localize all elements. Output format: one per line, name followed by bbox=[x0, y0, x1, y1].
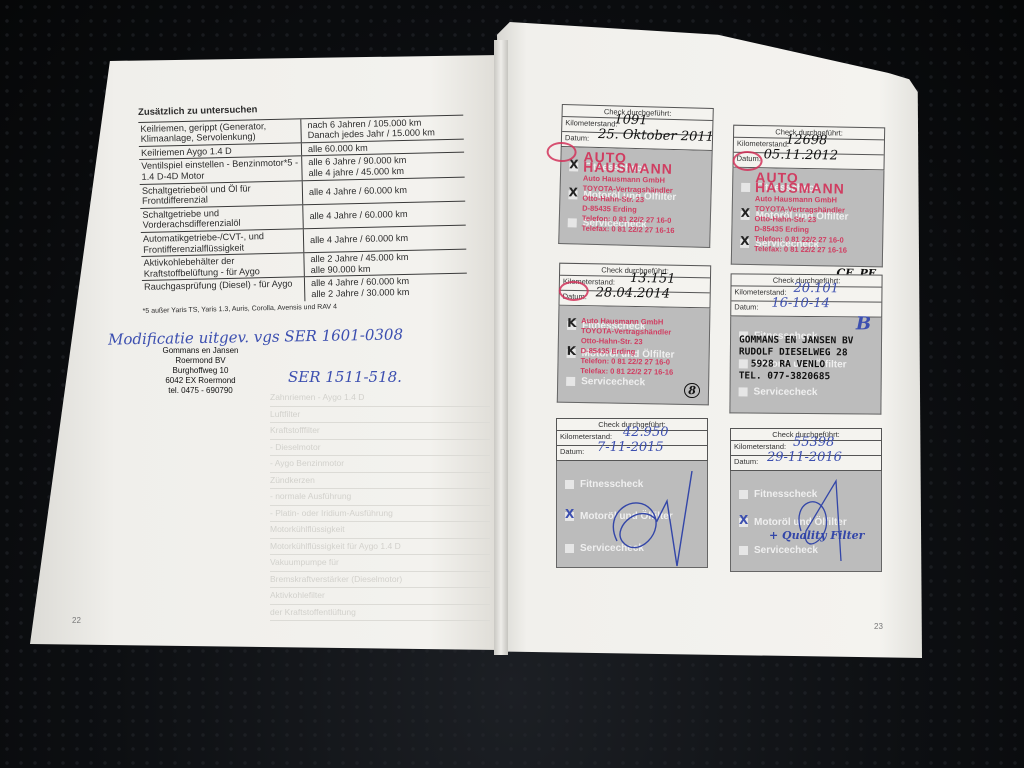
toyota-logo-icon bbox=[732, 151, 762, 172]
check-options: Fitnesscheck Motoröl und Ölfilter Servic… bbox=[731, 168, 885, 268]
booklet-spine bbox=[494, 40, 508, 655]
stamp-line: TEL. 077-3820685 bbox=[739, 370, 853, 383]
check-mark: K bbox=[567, 316, 577, 330]
row-item: Automatikgetriebe-/CVT-, und Frontiffere… bbox=[141, 229, 304, 256]
check-options: Fitnesscheck Motoröl und Ölfilter Servic… bbox=[556, 461, 708, 568]
check-box-6: Check durchgeführt: Kilometerstand:55398… bbox=[730, 428, 882, 572]
check-mark: X bbox=[739, 513, 748, 527]
date-value: 29-11-2016 bbox=[767, 450, 842, 465]
dealer-stamp-roermond: Gommans en Jansen Roermond BV Burghoffwe… bbox=[148, 346, 253, 396]
toyota-logo-icon bbox=[559, 281, 589, 302]
check-options: Fitnesscheck Motoröl und Ölfilter Servic… bbox=[730, 471, 882, 572]
option-servicecheck: Servicecheck bbox=[739, 386, 818, 398]
km-value: 55398 bbox=[793, 435, 834, 450]
date-row: Datum:29-11-2016 bbox=[731, 456, 881, 470]
row-item: Keilriemen, gerippt (Generator, Klimaanl… bbox=[138, 119, 301, 146]
check-header: Check durchgeführt: Kilometerstand:1091 … bbox=[561, 104, 714, 151]
date-label: Datum: bbox=[565, 133, 589, 143]
stamp-brand: AUTO HAUSMANN bbox=[755, 172, 883, 194]
row-interval: alle 4 Jahre / 60.000 km bbox=[303, 177, 465, 204]
date-value: 25. Oktober 2011 bbox=[598, 127, 714, 145]
dealer-stamp-hausmann: Auto Hausmann GmbH TOYOTA-Vertragshändle… bbox=[580, 316, 674, 378]
ghost-line: Luftfilter bbox=[270, 407, 490, 424]
row-item: Schaltgetriebeöl und Öl für Frontdiffere… bbox=[140, 181, 303, 208]
signature-scribble bbox=[771, 471, 871, 571]
ghost-line: Bremskraftverstärker (Dieselmotor) bbox=[270, 572, 490, 589]
checkbox-icon bbox=[739, 546, 748, 555]
check-box-3: Check durchgeführt: Kilometerstand:13.15… bbox=[557, 263, 711, 406]
interval-line: alle 4 jahre / 45.000 km bbox=[308, 165, 460, 179]
km-value: 12698 bbox=[786, 133, 828, 149]
stamp-brand: AUTO HAUSMANN bbox=[583, 152, 711, 175]
ghost-line: Motorkühlflüssigkeit bbox=[270, 522, 490, 539]
row-item: Rauchgasprüfung (Diesel) - für Aygo bbox=[142, 278, 305, 305]
dealer-stamp-hausmann: AUTO HAUSMANN Auto Hausmann GmbH TOYOTA-… bbox=[581, 152, 711, 237]
option-label: Servicecheck bbox=[581, 376, 645, 388]
km-value: 1091 bbox=[614, 112, 647, 128]
check-mark: X bbox=[565, 507, 574, 521]
checkbox-icon bbox=[739, 387, 748, 396]
check-options: Fitnesscheck Motoröl und Ölfilter Servic… bbox=[558, 147, 712, 248]
stamp-line: RUDOLF DIESELWEG 28 bbox=[739, 346, 853, 359]
date-value: 28.04.2014 bbox=[596, 285, 671, 301]
option-servicecheck: Servicecheck bbox=[566, 376, 645, 388]
stamp-line: Telefax: 0 81 22/2 27 16-16 bbox=[754, 244, 882, 256]
ghost-line: Aktivkohlefilter bbox=[270, 588, 490, 605]
date-label: Datum: bbox=[560, 447, 584, 456]
row-interval: alle 4 Jahre / 60.000 km alle 2 Jahre / … bbox=[305, 274, 467, 301]
option-label: Servicecheck bbox=[754, 387, 818, 399]
ghost-line: Vakuumpumpe für bbox=[270, 555, 490, 572]
row-interval: alle 4 Jahre / 60.000 km bbox=[303, 201, 465, 228]
signature-scribble bbox=[597, 471, 707, 571]
date-label: Datum: bbox=[734, 457, 758, 466]
row-interval: alle 2 Jahre / 45.000 km alle 90.000 km bbox=[304, 250, 466, 277]
stamp-line: Telefax: 0 81 22/2 27 16-16 bbox=[581, 224, 709, 237]
check-options: Fitnesscheck Motoröl und Ölfilter Servic… bbox=[557, 306, 711, 406]
handwritten-letter: B bbox=[856, 313, 871, 334]
ghost-line: - Dieselmotor bbox=[270, 440, 490, 457]
checkbox-icon bbox=[565, 544, 574, 553]
stamp-line: Telefax: 0 81 22/2 27 16-16 bbox=[580, 366, 673, 378]
check-box-4: Check durchgeführt: Kilometerstand:20.10… bbox=[729, 273, 882, 414]
interval-line: alle 4 Jahre / 60.000 km bbox=[309, 184, 461, 198]
km-value: 13.151 bbox=[630, 271, 676, 287]
check-header: Check durchgeführt: Kilometerstand:42.95… bbox=[556, 418, 708, 461]
page-number-right: 23 bbox=[874, 622, 883, 631]
row-interval: alle 6 Jahre / 90.000 km alle 4 jahre / … bbox=[302, 153, 464, 180]
service-booklet: Zusätzlich zu untersuchen Keilriemen, ge… bbox=[0, 0, 1024, 768]
stamp-line: 5928 RA VENLO bbox=[739, 358, 853, 371]
handwritten-note: SER 1511-518. bbox=[288, 368, 402, 386]
checkbox-icon bbox=[741, 183, 750, 192]
dealer-stamp-venlo: GOMMANS EN JANSEN BV RUDOLF DIESELWEG 28… bbox=[739, 334, 854, 383]
check-header: Check durchgeführt: Kilometerstand:55398… bbox=[730, 428, 882, 471]
check-header: Check durchgeführt: Kilometerstand:20.10… bbox=[730, 273, 882, 317]
ghost-line: - Platin- oder Iridium-Ausführung bbox=[270, 506, 490, 523]
check-mark: X bbox=[741, 206, 751, 220]
date-value: 16-10-14 bbox=[771, 296, 830, 312]
check-mark: X bbox=[568, 185, 578, 199]
stamp-line: Burghoffweg 10 bbox=[148, 366, 253, 376]
checkbox-icon bbox=[739, 490, 748, 499]
maintenance-table: Zusätzlich zu untersuchen Keilriemen, ge… bbox=[138, 101, 468, 317]
ghost-line: - Aygo Benzinmotor bbox=[270, 456, 490, 473]
check-box-5: Check durchgeführt: Kilometerstand:42.95… bbox=[556, 418, 708, 568]
check-options: Fitnesscheck Motoröl und Ölfilter Servic… bbox=[729, 316, 882, 414]
interval-line: Danach jedes Jahr / 15.000 km bbox=[308, 127, 460, 141]
date-row: Datum:7-11-2015 bbox=[557, 446, 707, 460]
check-mark: K bbox=[567, 344, 577, 358]
page-number-left: 22 bbox=[72, 616, 81, 625]
interval-line: alle 90.000 km bbox=[311, 261, 463, 275]
stamp-line: 6042 EX Roermond bbox=[148, 376, 253, 386]
ghost-line: der Kraftstoffentlüftung bbox=[270, 605, 490, 622]
stamp-line: tel. 0475 - 690790 bbox=[148, 386, 253, 396]
check-mark: X bbox=[740, 234, 750, 248]
interval-line: alle 60.000 km bbox=[308, 140, 460, 154]
check-box-2: Check durchgeführt: Kilometerstand:12698… bbox=[731, 125, 885, 268]
interval-line: alle 4 Jahre / 60.000 km bbox=[309, 208, 461, 222]
checkbox-icon bbox=[566, 377, 575, 386]
row-item: Schaltgetriebe und Vorderachsdifferenzia… bbox=[140, 205, 303, 232]
interval-line: alle 2 Jahre / 30.000 km bbox=[311, 286, 463, 300]
ghost-line: Zündkerzen bbox=[270, 473, 490, 490]
dealer-stamp-hausmann: AUTO HAUSMANN Auto Hausmann GmbH TOYOTA-… bbox=[754, 172, 883, 256]
date-value: 7-11-2015 bbox=[597, 440, 664, 455]
checkbox-icon bbox=[565, 480, 574, 489]
interval-line: alle 4 Jahre / 60.000 km bbox=[310, 232, 462, 246]
km-value: 42.950 bbox=[623, 425, 669, 440]
ghost-line: Kraftstofffilter bbox=[270, 423, 490, 440]
row-item: Ventilspiel einstellen - Benzinmotor*5 -… bbox=[139, 157, 302, 184]
stamp-line: Gommans en Jansen Roermond BV bbox=[148, 346, 253, 366]
ghost-line: Zahnriemen - Aygo 1.4 D bbox=[270, 390, 490, 407]
km-value: 20.101 bbox=[793, 281, 839, 296]
ghost-line: Motorkühlflüssigkeit für Aygo 1.4 D bbox=[270, 539, 490, 556]
check-box-1: Check durchgeführt: Kilometerstand:1091 … bbox=[558, 104, 714, 248]
circled-number: 8 bbox=[684, 383, 700, 398]
checkbox-icon bbox=[568, 218, 577, 227]
date-value: 05.11.2012 bbox=[764, 147, 839, 163]
row-item: Aktivkohlebehälter der Kraftstoffbelüftu… bbox=[141, 253, 304, 280]
row-interval: alle 4 Jahre / 60.000 km bbox=[304, 226, 466, 253]
stamp-line: GOMMANS EN JANSEN BV bbox=[739, 334, 853, 347]
ghost-line: - normale Ausführung bbox=[270, 489, 490, 506]
row-interval: nach 6 Jahren / 105.000 km Danach jedes … bbox=[301, 115, 463, 142]
bleed-through-text: Zahnriemen - Aygo 1.4 D Luftfilter Kraft… bbox=[270, 390, 490, 621]
date-label: Datum: bbox=[734, 302, 758, 311]
